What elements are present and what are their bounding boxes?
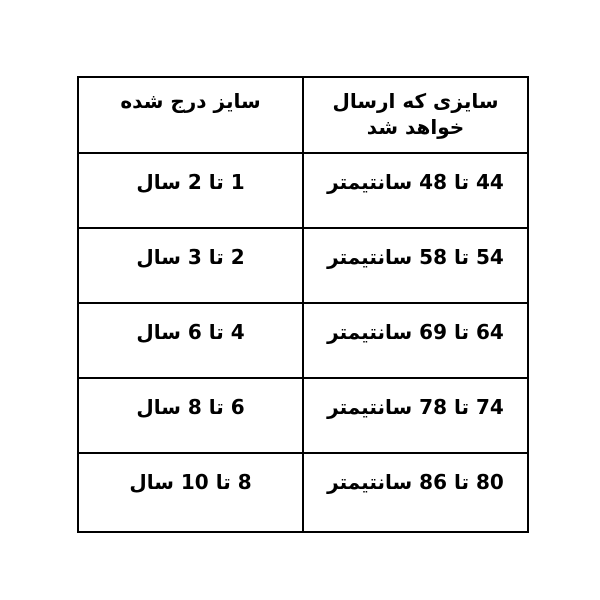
table-row: 64 تا 69 سانتیمتر 4 تا 6 سال — [78, 303, 528, 378]
cell-shipped-size: 64 تا 69 سانتیمتر — [303, 303, 528, 378]
cell-listed-size: 1 تا 2 سال — [78, 153, 303, 228]
table-body: 44 تا 48 سانتیمتر 1 تا 2 سال 54 تا 58 سا… — [78, 153, 528, 532]
cell-shipped-size: 44 تا 48 سانتیمتر — [303, 153, 528, 228]
cell-shipped-size: 74 تا 78 سانتیمتر — [303, 378, 528, 453]
page: سایزی که ارسال خواهد شد سایز درج شده 44 … — [0, 0, 600, 600]
table-row: 54 تا 58 سانتیمتر 2 تا 3 سال — [78, 228, 528, 303]
table-row: 74 تا 78 سانتیمتر 6 تا 8 سال — [78, 378, 528, 453]
cell-listed-size: 2 تا 3 سال — [78, 228, 303, 303]
col-header-shipped-size: سایزی که ارسال خواهد شد — [303, 77, 528, 153]
table-row: 44 تا 48 سانتیمتر 1 تا 2 سال — [78, 153, 528, 228]
cell-listed-size: 4 تا 6 سال — [78, 303, 303, 378]
table-header: سایزی که ارسال خواهد شد سایز درج شده — [78, 77, 528, 153]
size-conversion-table: سایزی که ارسال خواهد شد سایز درج شده 44 … — [77, 76, 529, 533]
col-header-listed-size: سایز درج شده — [78, 77, 303, 153]
cell-listed-size: 6 تا 8 سال — [78, 378, 303, 453]
cell-shipped-size: 80 تا 86 سانتیمتر — [303, 453, 528, 532]
cell-listed-size: 8 تا 10 سال — [78, 453, 303, 532]
header-row: سایزی که ارسال خواهد شد سایز درج شده — [78, 77, 528, 153]
cell-shipped-size: 54 تا 58 سانتیمتر — [303, 228, 528, 303]
table-row: 80 تا 86 سانتیمتر 8 تا 10 سال — [78, 453, 528, 532]
